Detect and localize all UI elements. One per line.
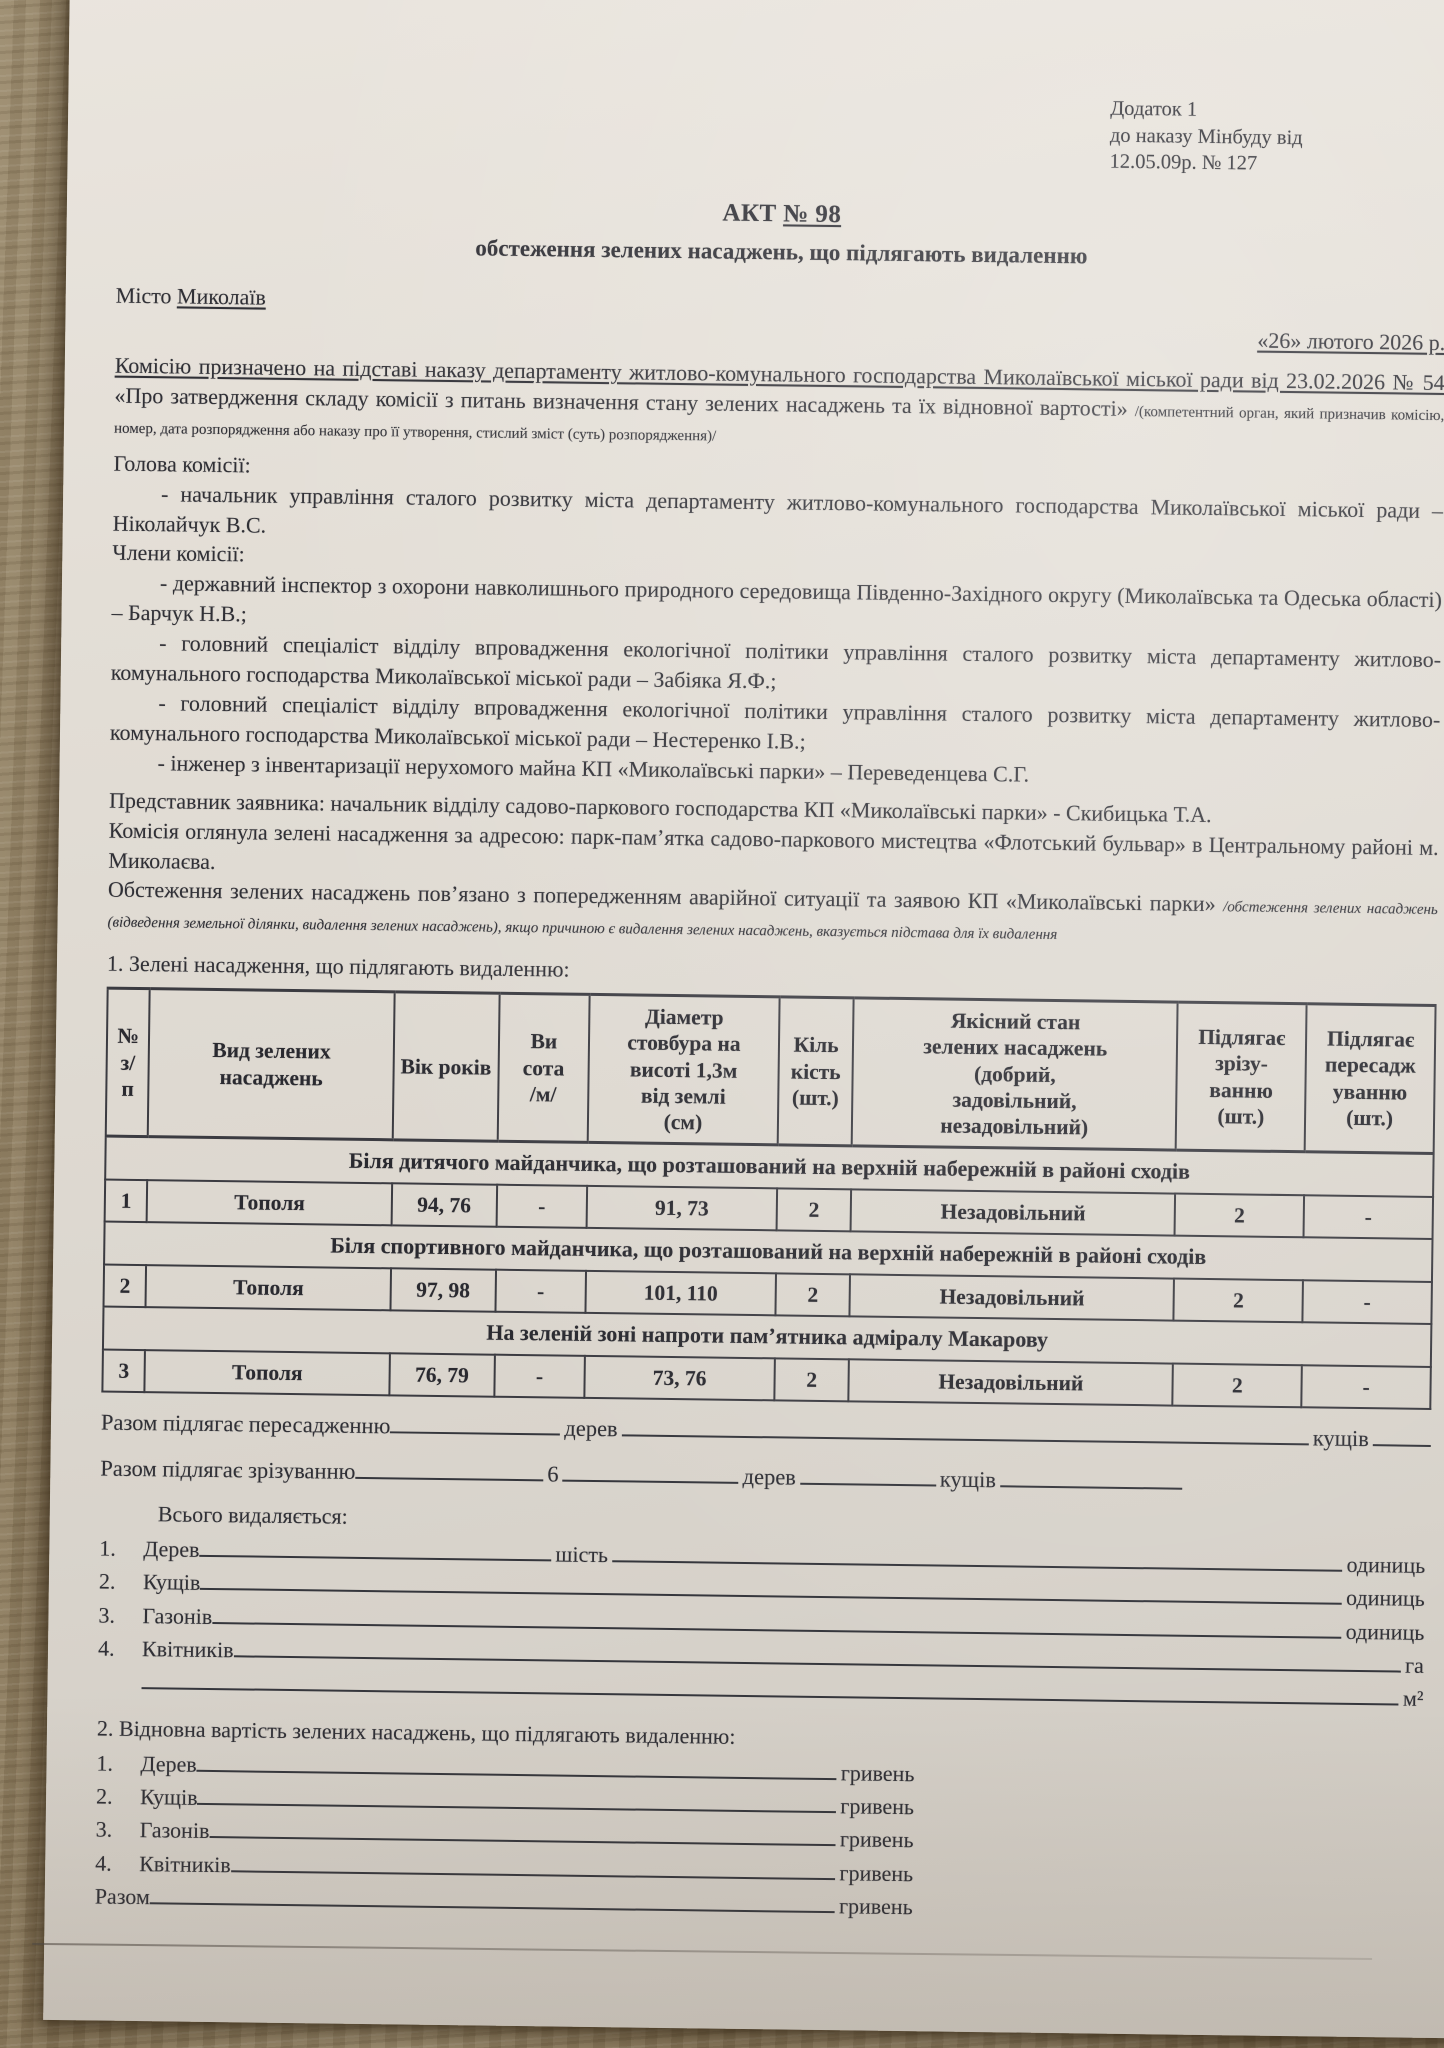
cell-species: Тополя xyxy=(146,1265,391,1310)
blank-line xyxy=(197,1783,836,1813)
item-number: 4. xyxy=(95,1850,139,1877)
blank-line xyxy=(209,1816,836,1846)
currency-unit: гривень xyxy=(835,1860,917,1887)
totals-transplant-line: Разом підлягає пересадженню дерев кущів xyxy=(101,1407,1431,1456)
item-label: Дерев xyxy=(140,1751,197,1778)
item-number: 3. xyxy=(98,1602,142,1629)
cell-number: 3 xyxy=(102,1349,145,1392)
cell-cutting: 2 xyxy=(1174,1278,1303,1322)
trees-word: дерев xyxy=(738,1462,800,1493)
blank-line xyxy=(622,1414,1309,1445)
blank-line xyxy=(1000,1465,1182,1490)
item-label: Квітників xyxy=(142,1636,234,1664)
cell-age: 94, 76 xyxy=(391,1183,496,1226)
item-number: 2. xyxy=(96,1784,140,1811)
cell-number: 1 xyxy=(105,1180,148,1223)
blank-line xyxy=(1373,1424,1431,1447)
header-cell-height: Ви сота /м/ xyxy=(497,993,589,1142)
date-value: «26» лютого 2026 р. xyxy=(1257,328,1444,355)
cost-item-trees: 1. Дерев гривень xyxy=(96,1748,918,1787)
item-number: 4. xyxy=(98,1635,142,1662)
cell-transplant: - xyxy=(1301,1365,1430,1409)
blank-line xyxy=(150,1882,836,1913)
header-cell-transplant: Підлягає пересадж уванню (шт.) xyxy=(1305,1004,1436,1154)
annotation-line: до наказу Мінбуду від xyxy=(1110,122,1432,153)
table-header-row: № з/ п Вид зелених насаджень Вік років В… xyxy=(106,988,1436,1153)
item-label: Квітників xyxy=(139,1851,231,1879)
item-label: Газонів xyxy=(139,1818,209,1845)
trees-word: дерев xyxy=(560,1414,622,1445)
item-unit: одиниць xyxy=(1341,1618,1428,1646)
cell-cutting: 2 xyxy=(1175,1194,1304,1238)
item-unit: га xyxy=(1401,1653,1428,1680)
blank-line xyxy=(800,1462,936,1486)
cell-height: - xyxy=(495,1270,586,1313)
cell-cutting: 2 xyxy=(1173,1363,1302,1407)
annotation-line: Додаток 1 xyxy=(1110,96,1432,127)
city-value: Миколаїв xyxy=(177,284,266,310)
paper-sheet: Додаток 1 до наказу Мінбуду від 12.05.09… xyxy=(43,0,1444,2039)
currency-unit: гривень xyxy=(836,1793,918,1820)
cell-quantity: 2 xyxy=(774,1358,849,1401)
cell-condition: Незадовільний xyxy=(850,1274,1175,1320)
city-label: Місто xyxy=(116,283,172,309)
currency-unit: гривень xyxy=(836,1827,918,1854)
area-unit: м² xyxy=(1399,1686,1428,1713)
cost-item-flowerbeds: 4. Квітників гривень xyxy=(95,1848,917,1887)
totals-cut-label: Разом підлягає зрізуванню xyxy=(100,1454,355,1488)
annotation-block: Додаток 1 до наказу Мінбуду від 12.05.09… xyxy=(1109,96,1432,180)
cell-diameter: 91, 73 xyxy=(587,1186,777,1230)
cost-item-total: Разом гривень xyxy=(95,1882,917,1921)
header-cell-diameter: Діаметр стовбура на висоті 1,3м від земл… xyxy=(588,995,780,1146)
blank-line xyxy=(199,1535,551,1562)
wood-desk-background: { "colors": { "paper": "#e0dbd3", "wood"… xyxy=(0,0,1444,2048)
cell-age: 97, 98 xyxy=(390,1268,495,1311)
header-cell-condition: Якісний стан зелених насаджень (добрий, … xyxy=(852,998,1178,1150)
item-number: 2. xyxy=(99,1569,143,1596)
cell-diameter: 101, 110 xyxy=(585,1271,775,1315)
item-label: Дерев xyxy=(143,1536,200,1563)
cost-item-bushes: 2. Кущів гривень xyxy=(96,1782,918,1821)
item-number: 1. xyxy=(96,1750,140,1777)
cell-number: 2 xyxy=(104,1264,147,1307)
cell-age: 76, 79 xyxy=(389,1353,494,1396)
cell-quantity: 2 xyxy=(776,1188,851,1231)
act-number: № 98 xyxy=(783,200,841,228)
item-number: 3. xyxy=(95,1817,139,1844)
cell-species: Тополя xyxy=(147,1180,392,1225)
cell-transplant: - xyxy=(1303,1280,1432,1324)
commission-appointed-paragraph: Комісію призначено на підставі наказу де… xyxy=(114,351,1444,458)
totals-transplant-label: Разом підлягає пересадженню xyxy=(101,1408,391,1442)
cell-height: - xyxy=(494,1354,585,1397)
header-cell-age: Вік років xyxy=(393,992,500,1141)
header-cell-species: Вид зелених насаджень xyxy=(148,989,394,1140)
item-unit: одиниць xyxy=(1342,1585,1429,1613)
blank-line xyxy=(390,1411,560,1436)
blank-line xyxy=(231,1850,836,1880)
blank-line xyxy=(563,1459,739,1484)
underlying-sheet-edge xyxy=(32,1943,1372,1960)
cell-species: Тополя xyxy=(145,1350,390,1395)
item-label: Газонів xyxy=(142,1603,212,1630)
item-label: Кущів xyxy=(140,1784,198,1811)
cell-diameter: 73, 76 xyxy=(584,1356,774,1400)
cell-height: - xyxy=(496,1185,587,1228)
item-number: 1. xyxy=(99,1535,143,1562)
cut-count-value: 6 xyxy=(543,1460,563,1491)
cell-transplant: - xyxy=(1304,1195,1433,1239)
bushes-word: кущів xyxy=(1309,1424,1373,1455)
cell-condition: Незадовільний xyxy=(849,1359,1174,1405)
cell-condition: Незадовільний xyxy=(851,1189,1176,1235)
header-cell-quantity: Кіль кість (шт.) xyxy=(778,997,854,1146)
currency-unit: гривень xyxy=(837,1760,919,1787)
totals-cut-line: Разом підлягає зрізуванню 6 дерев кущів xyxy=(100,1453,1430,1502)
cost-item-lawns: 3. Газонів гривень xyxy=(95,1815,917,1854)
item-unit: одиниць xyxy=(1342,1552,1429,1580)
item-label: Разом xyxy=(95,1884,150,1911)
bushes-word: кущів xyxy=(936,1465,1000,1496)
header-cell-cutting: Підлягає зрізу- ванню (шт.) xyxy=(1176,1002,1307,1152)
header-cell-number: № з/ п xyxy=(106,988,150,1137)
cell-quantity: 2 xyxy=(775,1273,850,1316)
blank-line xyxy=(197,1749,837,1779)
green-plantings-table: № з/ п Вид зелених насаджень Вік років В… xyxy=(101,987,1436,1410)
act-word: АКТ xyxy=(722,199,776,227)
item-fill-value: шість xyxy=(551,1541,612,1568)
blank-line xyxy=(355,1457,543,1482)
annotation-line: 12.05.09р. № 127 xyxy=(1109,149,1431,180)
currency-unit: гривень xyxy=(835,1893,917,1920)
item-label: Кущів xyxy=(143,1569,201,1596)
blank-line xyxy=(612,1540,1343,1572)
act-document: Додаток 1 до наказу Мінбуду від 12.05.09… xyxy=(45,0,1444,1929)
